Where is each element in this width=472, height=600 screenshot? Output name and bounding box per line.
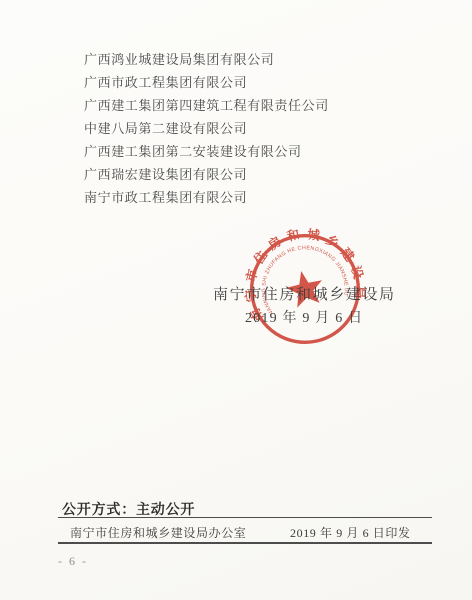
footer-print-date: 2019 年 9 月 6 日印发 bbox=[290, 524, 411, 541]
company-name: 广西市政工程集团有限公司 bbox=[84, 71, 329, 94]
company-name: 广西建工集团第四建筑工程有限责任公司 bbox=[84, 94, 329, 117]
disclosure-method-label: 公开方式：主动公开 bbox=[62, 499, 195, 519]
footer-divider-top bbox=[58, 517, 432, 518]
company-name: 广西瑞宏建设集团有限公司 bbox=[84, 163, 329, 186]
page-number: - 6 - bbox=[58, 554, 88, 569]
company-name: 广西鸿业城建设局集团有限公司 bbox=[84, 48, 329, 71]
signature-agency: 南宁市住房和城乡建设局 bbox=[213, 283, 396, 304]
signature-date: 2019 年 9 月 6 日 bbox=[245, 307, 363, 327]
company-name: 南宁市政工程集团有限公司 bbox=[84, 186, 329, 209]
footer-issuer-office: 南宁市住房和城乡建设局办公室 bbox=[70, 524, 246, 541]
footer-divider-bottom bbox=[58, 542, 432, 544]
company-name: 广西建工集团第二安装建设有限公司 bbox=[84, 140, 329, 163]
company-name: 中建八局第二建设有限公司 bbox=[84, 117, 329, 140]
company-list: 广西鸿业城建设局集团有限公司 广西市政工程集团有限公司 广西建工集团第四建筑工程… bbox=[84, 48, 329, 209]
document-page: 广西鸿业城建设局集团有限公司 广西市政工程集团有限公司 广西建工集团第四建筑工程… bbox=[0, 0, 472, 600]
